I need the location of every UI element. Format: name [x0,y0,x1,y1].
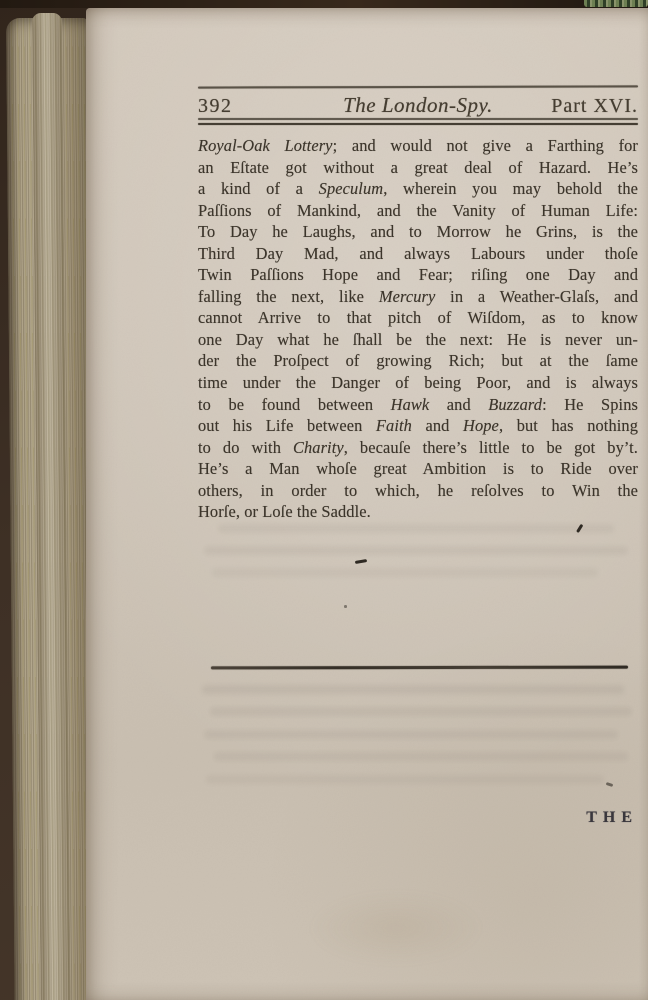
text-line: falling the next, like Mercury in a Weat… [198,286,638,308]
text-line: to be found between Hawk and Buzzard: He… [198,394,638,416]
text-line: Horſe, or Loſe the Saddle. [198,501,638,523]
show-through-smudge [204,730,618,739]
show-through-smudge [218,524,614,533]
text-line: one Day what he ſhall be the next: He is… [198,329,638,351]
text-line: a kind of a Speculum, wherein you may be… [198,178,638,200]
text-line: To Day he Laughs, and to Morrow he Grins… [198,221,638,243]
text-line: Twin Paſſions Hope and Fear; riſing one … [198,264,638,286]
book-headband [584,0,648,7]
text-line: to do with Charity, becauſe there’s litt… [198,437,638,459]
page-number: 392 [198,95,343,118]
text-line: Royal-Oak Lottery; and would not give a … [198,135,638,157]
text-line: others, in order to which, he reſolves t… [198,480,638,502]
part-label: Part XVI. [493,95,638,118]
text-line: out his Life between Faith and Hope, but… [198,415,638,437]
show-through-smudge [206,775,604,784]
show-through-smudge [214,752,628,761]
page-stack-ridge [32,13,71,1000]
catchword: THE [586,809,638,827]
text-line: Third Day Mad, and always Labours under … [198,243,638,265]
section-divider-rule [211,666,628,669]
ink-speck [606,782,614,787]
running-header: 392 The London-Spy. Part XVI. [198,93,638,118]
header-top-rule [198,85,638,88]
show-through-smudge [204,546,628,555]
header-double-rule-thin [198,118,638,120]
body-paragraph: Royal-Oak Lottery; and would not give a … [198,135,638,523]
book-fore-edge-page-stack [6,18,97,1000]
book-page: 392 The London-Spy. Part XVI. Royal-Oak … [86,8,648,1000]
header-double-rule-thick [198,123,638,126]
text-line: an Eſtate got without a great deal of Ha… [198,157,638,179]
book-cover-top-edge [0,0,648,8]
text-line: Paſſions of Mankind, and the Vanity of H… [198,200,638,222]
ink-speck [355,559,367,564]
text-line: cannot Arrive to that pitch of Wiſdom, a… [198,307,638,329]
show-through-smudge [212,568,598,577]
show-through-smudge [202,685,624,694]
running-title: The London-Spy. [343,93,493,118]
text-line: der the Proſpect of growing Rich; but at… [198,350,638,372]
ink-speck [344,605,347,608]
show-through-smudge [210,707,632,716]
text-line: He’s a Man whoſe great Ambition is to Ri… [198,458,638,480]
text-line: time under the Danger of being Poor, and… [198,372,638,394]
photo-of-open-book: 392 The London-Spy. Part XVI. Royal-Oak … [0,0,648,1000]
page-content: 392 The London-Spy. Part XVI. Royal-Oak … [198,8,638,1000]
